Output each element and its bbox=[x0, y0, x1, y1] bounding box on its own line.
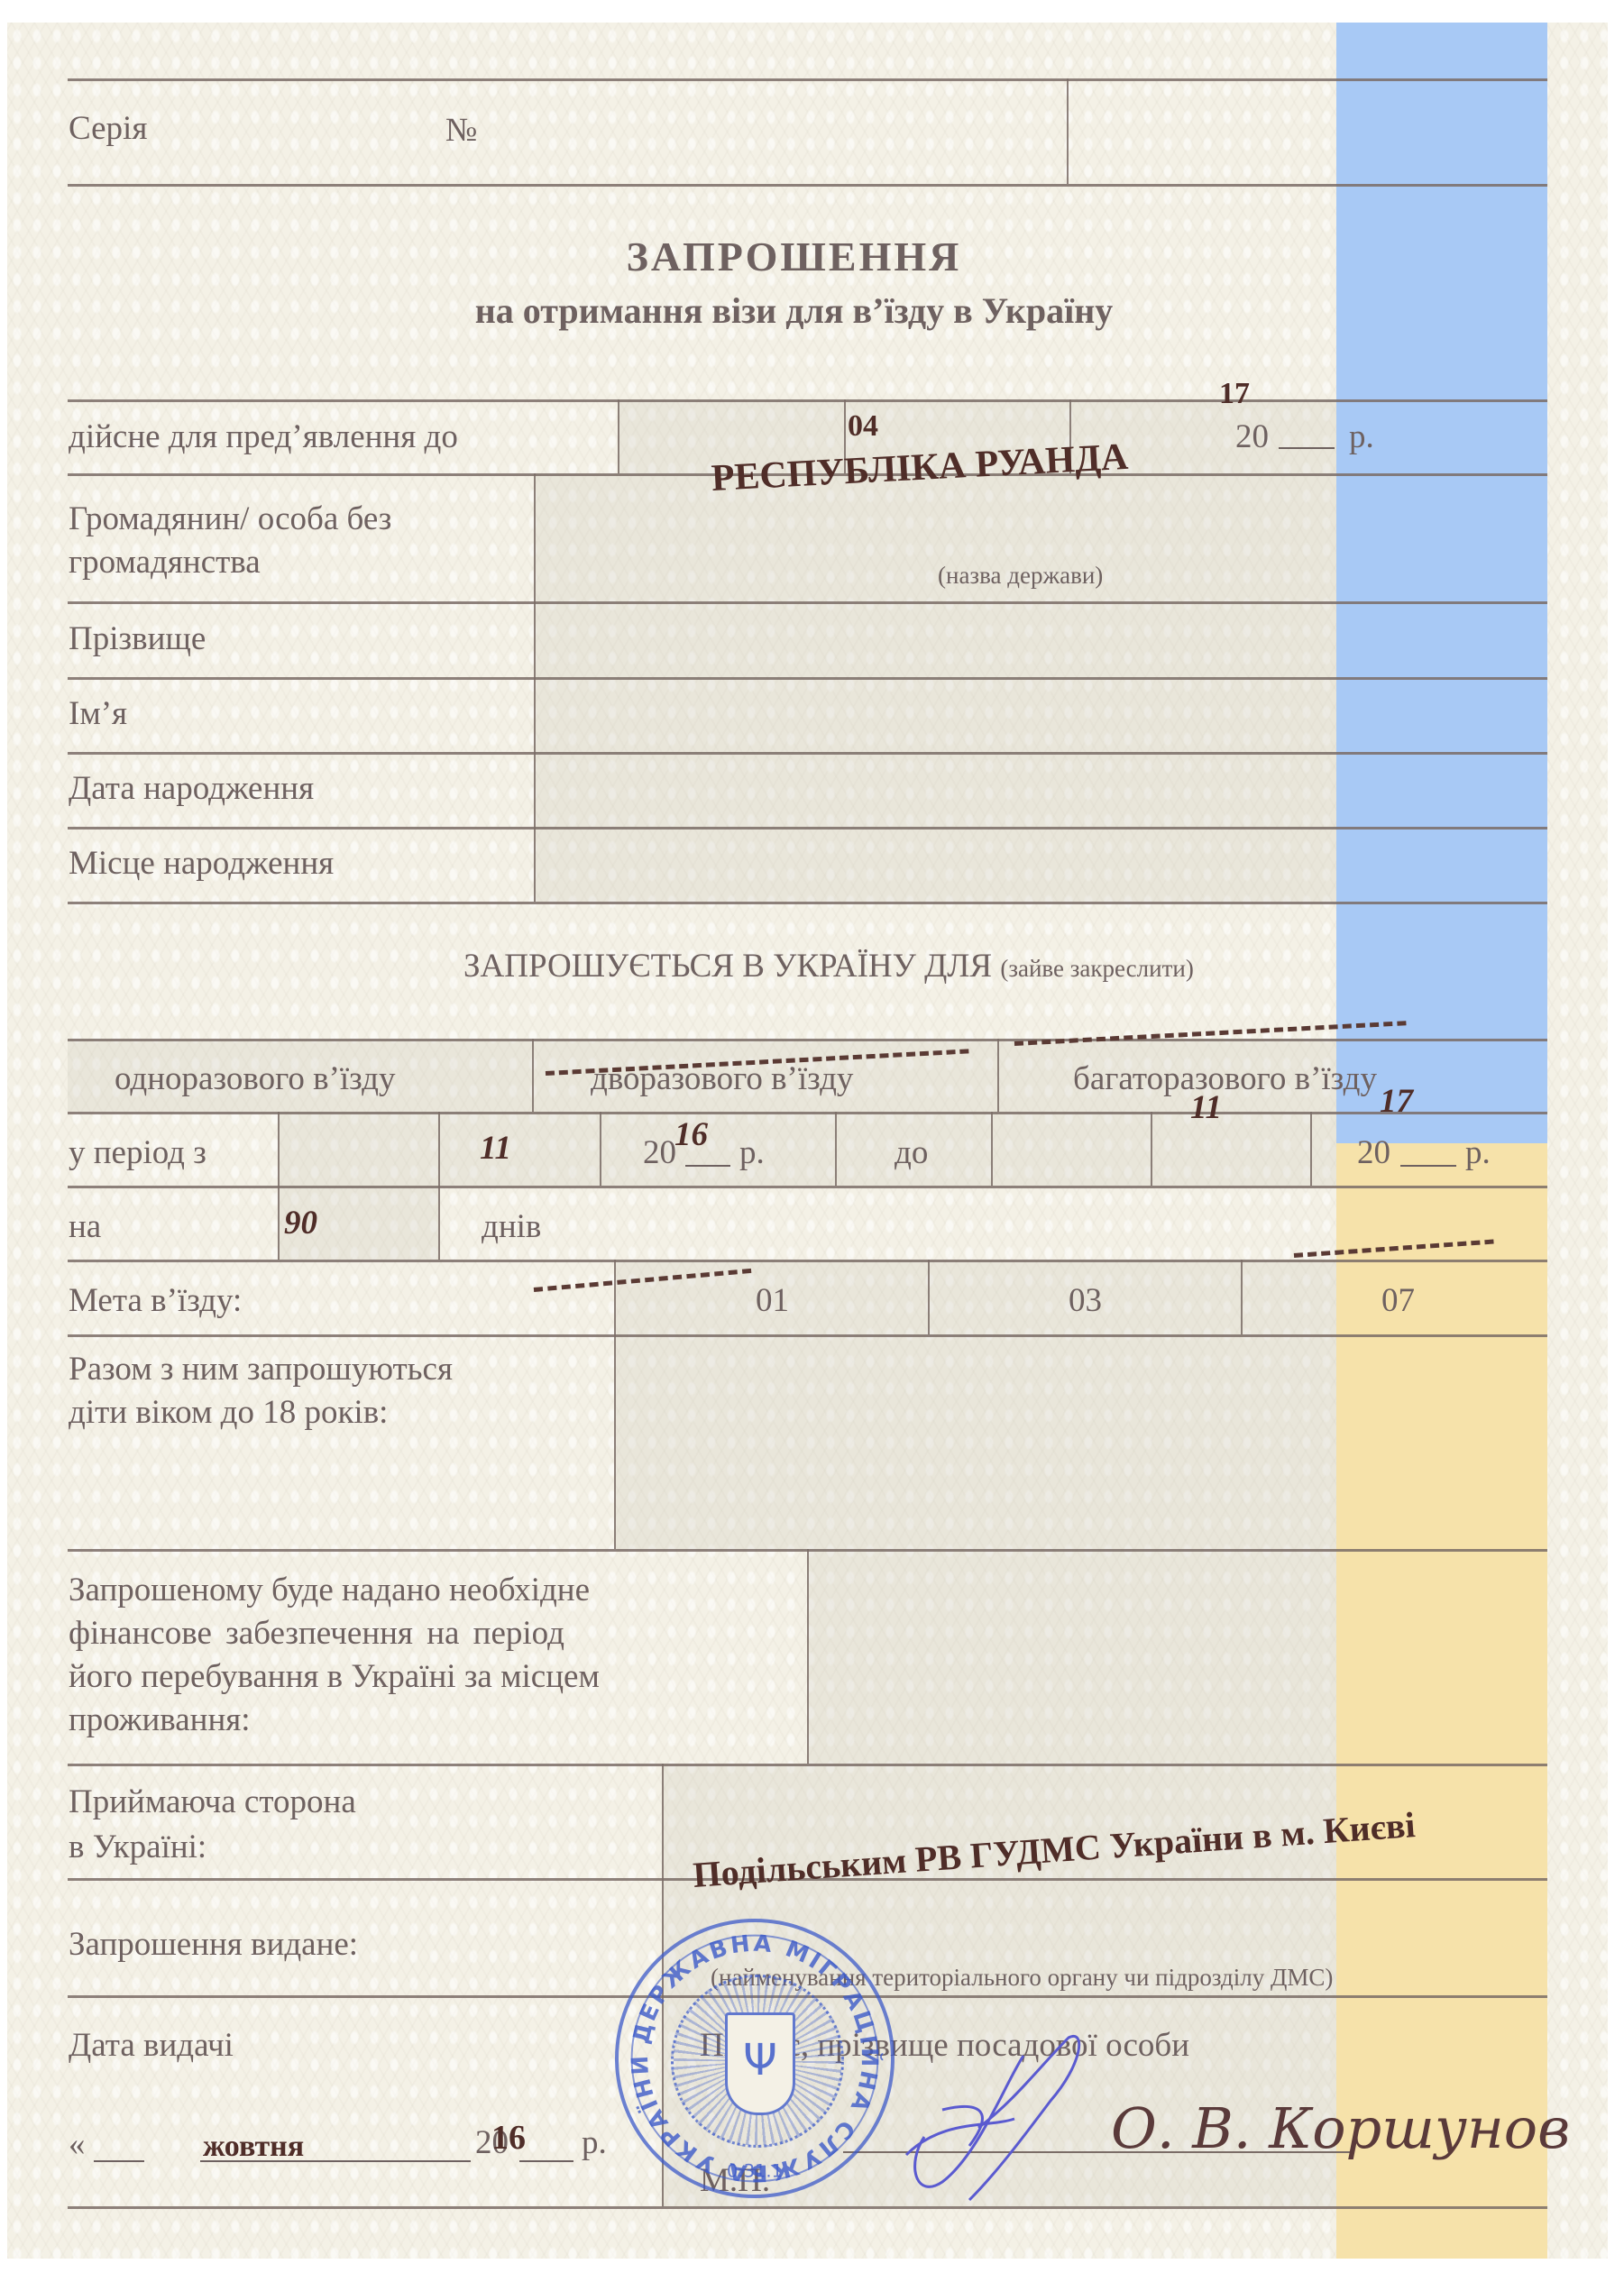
duration-value: 90 bbox=[284, 1206, 317, 1240]
birth-date-label: Дата народження bbox=[69, 772, 314, 805]
coat-of-arms-shield: Ψ bbox=[725, 2012, 795, 2115]
divider bbox=[278, 1112, 280, 1260]
host-label-1: Приймаюча сторона bbox=[69, 1785, 356, 1819]
trident-icon: Ψ bbox=[728, 2035, 793, 2085]
rule bbox=[68, 78, 1547, 81]
issue-date-label: Дата видачі bbox=[69, 2029, 234, 2062]
period-to-label: до bbox=[895, 1136, 928, 1169]
financial-line-1: Запрошеному буде надано необхідне bbox=[69, 1573, 590, 1607]
rule bbox=[68, 752, 1547, 755]
rule bbox=[68, 1334, 1547, 1337]
rule bbox=[68, 1039, 1547, 1041]
children-label-1: Разом з ним запрошуються bbox=[69, 1352, 453, 1386]
day-blank bbox=[94, 2133, 144, 2162]
rule bbox=[68, 601, 1547, 604]
period-from-year-prefix: 20 bbox=[643, 1136, 676, 1169]
divider bbox=[534, 473, 536, 902]
rule bbox=[68, 2206, 1547, 2209]
autograph-scribble bbox=[888, 2029, 1123, 2209]
period-to-year-prefix: 20 bbox=[1357, 1136, 1390, 1169]
host-label-2: в Україні: bbox=[69, 1830, 206, 1864]
divider bbox=[835, 1112, 837, 1186]
flag-stripe-blue bbox=[1336, 23, 1547, 1143]
name-label: Ім’я bbox=[69, 697, 127, 730]
year-blank bbox=[519, 2133, 573, 2162]
entry-option-multiple[interactable]: багаторазового в’їзду bbox=[1073, 1062, 1377, 1095]
official-stamp: ДЕРЖАВНА МІГРАЦІЙНА СЛУЖБА УКРАЇНИ 0.31.… bbox=[615, 1919, 895, 2198]
period-to-year-unit: р. bbox=[1465, 1136, 1491, 1169]
divider bbox=[614, 1260, 616, 1549]
entry-option-single[interactable]: одноразового в’їзду bbox=[115, 1062, 395, 1095]
rule bbox=[68, 184, 1547, 187]
rule bbox=[68, 902, 1547, 904]
divider bbox=[618, 399, 619, 473]
rule bbox=[68, 677, 1547, 680]
financial-line-2: фінансове забезпечення на період bbox=[69, 1617, 564, 1650]
divider bbox=[991, 1112, 993, 1186]
divider bbox=[1151, 1112, 1152, 1186]
rule bbox=[68, 1764, 1547, 1766]
valid-until-year-prefix: 20 bbox=[1235, 420, 1269, 454]
year-blank bbox=[685, 1138, 730, 1167]
purpose-label: Мета в’їзду: bbox=[69, 1284, 242, 1317]
invitation-type-heading-text: ЗАПРОШУЄТЬСЯ В УКРАЇНУ ДЛЯ bbox=[463, 948, 992, 985]
period-from-month: 11 bbox=[480, 1132, 511, 1165]
rule bbox=[68, 1112, 1547, 1114]
valid-until-month: 04 bbox=[848, 411, 878, 442]
period-from-year-unit: р. bbox=[739, 1136, 765, 1169]
personal-data-cells bbox=[534, 473, 1336, 902]
financial-cell bbox=[807, 1549, 1336, 1764]
issue-date-month: жовтня bbox=[203, 2131, 304, 2162]
citizen-label: Громадянин/ особа без громадянства bbox=[69, 498, 519, 584]
purpose-code-07: 07 bbox=[1381, 1284, 1415, 1317]
document-title: ЗАПРОШЕННЯ bbox=[0, 236, 1606, 278]
financial-line-3: його перебування в Україні за місцем bbox=[69, 1660, 600, 1693]
issued-by-label: Запрошення видане: bbox=[69, 1928, 358, 1961]
divider bbox=[1310, 1112, 1312, 1186]
divider bbox=[438, 1112, 440, 1260]
divider bbox=[1067, 78, 1069, 184]
period-from-label: у період з bbox=[69, 1136, 206, 1169]
surname-label: Прізвище bbox=[69, 622, 206, 655]
valid-until-label: дійсне для пред’явлення до bbox=[69, 420, 458, 454]
number-label: № bbox=[445, 114, 477, 147]
issue-date-year-unit: р. bbox=[582, 2126, 607, 2159]
invitation-type-note: (зайве закреслити) bbox=[1000, 955, 1193, 982]
divider bbox=[807, 1549, 809, 1764]
rule bbox=[68, 1186, 1547, 1188]
rule bbox=[68, 1260, 1547, 1262]
year-blank bbox=[1279, 420, 1335, 449]
valid-until-year: 17 bbox=[1219, 379, 1250, 409]
divider bbox=[1241, 1260, 1243, 1334]
duration-label: на bbox=[69, 1210, 101, 1243]
period-to-year: 17 bbox=[1380, 1085, 1413, 1118]
year-blank bbox=[1400, 1138, 1456, 1167]
divider bbox=[928, 1260, 930, 1334]
valid-until-year-unit: р. bbox=[1349, 420, 1374, 454]
document-subtitle: на отримання візи для в’їзду в Україну bbox=[0, 293, 1606, 329]
period-cells bbox=[278, 1112, 1336, 1186]
financial-line-4: проживання: bbox=[69, 1703, 251, 1737]
flag-stripe-yellow bbox=[1336, 1143, 1547, 2259]
rule bbox=[68, 399, 1547, 402]
open-quote: « bbox=[69, 2128, 86, 2161]
period-to-month: 11 bbox=[1190, 1091, 1222, 1124]
purpose-code-03: 03 bbox=[1069, 1284, 1102, 1317]
svg-text:0.31.1: 0.31.1 bbox=[727, 2161, 783, 2182]
children-label-2: діти віком до 18 років: bbox=[69, 1396, 388, 1429]
invitation-type-heading: ЗАПРОШУЄТЬСЯ В УКРАЇНУ ДЛЯ (зайве закрес… bbox=[463, 949, 1194, 983]
children-cell bbox=[614, 1334, 1336, 1549]
series-label: Серія bbox=[69, 112, 147, 145]
purpose-code-01: 01 bbox=[756, 1284, 789, 1317]
divider bbox=[997, 1039, 999, 1112]
rule bbox=[68, 827, 1547, 829]
divider bbox=[600, 1112, 601, 1186]
signatory-name: О. В. Коршунов bbox=[1111, 2101, 1570, 2157]
divider bbox=[532, 1039, 534, 1112]
duration-unit: днів bbox=[482, 1210, 541, 1243]
birth-place-label: Місце народження bbox=[69, 847, 334, 880]
citizen-hint: (назва держави) bbox=[938, 564, 1103, 588]
